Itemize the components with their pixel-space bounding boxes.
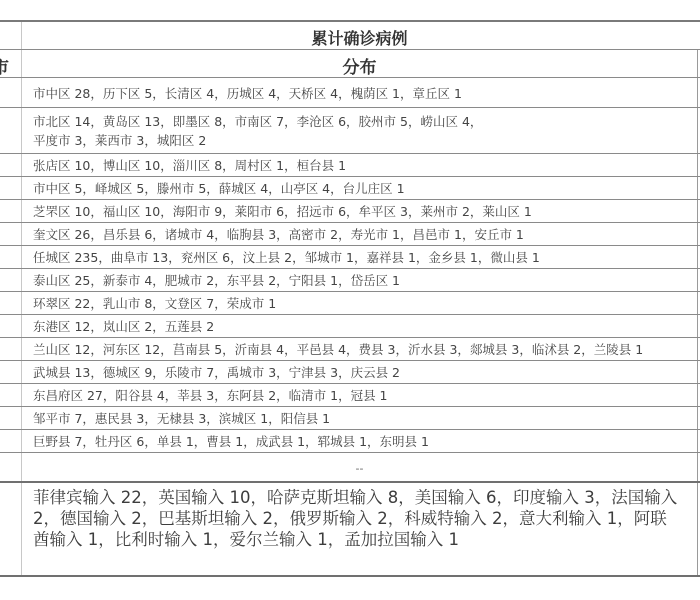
distribution-cell: 市北区 14，黄岛区 13，即墨区 8，市南区 7，李沧区 6，胶州市 5，崂山… — [22, 108, 697, 153]
table-row: 芝罘区 10，福山区 10，海阳市 9，莱阳市 6，招远市 6，牟平区 3，莱州… — [0, 200, 700, 223]
distribution-text: 市中区 28，历下区 5，长清区 4，历城区 4，天桥区 4，槐荫区 1，章丘区… — [33, 86, 693, 101]
imported-cases-row: 菲律宾输入 22，英国输入 10，哈萨克斯坦输入 8，美国输入 6，印度输入 3… — [0, 483, 700, 577]
table-title: 累计确诊病例 — [22, 26, 697, 49]
left-column-cell — [0, 108, 22, 153]
table-row: 任城区 235，曲阜市 13，兖州区 6，汶上县 2，邹城市 1，嘉祥县 1，金… — [0, 246, 700, 269]
title-cell: 累计确诊病例 — [22, 22, 697, 49]
table-row: 巨野县 7，牡丹区 6，单县 1，曹县 1，成武县 1，郓城县 1，东明县 1 — [0, 430, 700, 453]
left-column-cell — [0, 78, 22, 107]
left-column-cell — [0, 407, 22, 429]
distribution-text: 泰山区 25，新泰市 4，肥城市 2，东平县 2，宁阳县 1，岱岳区 1 — [33, 273, 693, 288]
distribution-text-line1: 市北区 14，黄岛区 13，即墨区 8，市南区 7，李沧区 6，胶州市 5，崂山… — [33, 114, 693, 129]
left-column-cell — [0, 338, 22, 360]
left-column-cell — [0, 269, 22, 291]
table-row: 市中区 5，峄城区 5，滕州市 5，薛城区 4，山亭区 4，台儿庄区 1 — [0, 177, 700, 200]
left-column-cell — [0, 223, 22, 245]
table-header-row: 市 分布 — [0, 50, 700, 78]
table-row: 市中区 28，历下区 5，长清区 4，历城区 4，天桥区 4，槐荫区 1，章丘区… — [0, 78, 700, 108]
left-header-text: 市 — [0, 53, 9, 77]
table-row: 环翠区 22，乳山市 8，文登区 7，荣成市 1 — [0, 292, 700, 315]
distribution-cell: 张店区 10，博山区 10，淄川区 8，周村区 1，桓台县 1 — [22, 154, 697, 176]
left-column-cell — [0, 177, 22, 199]
table-row: 兰山区 12，河东区 12，莒南县 5，沂南县 4，平邑县 4，费县 3，沂水县… — [0, 338, 700, 361]
distribution-cell: 环翠区 22，乳山市 8，文登区 7，荣成市 1 — [22, 292, 697, 314]
distribution-cell: 东港区 12，岚山区 2，五莲县 2 — [22, 315, 697, 337]
left-column-cell — [0, 22, 22, 49]
left-column-cell — [0, 200, 22, 222]
distribution-text: 市中区 5，峄城区 5，滕州市 5，薛城区 4，山亭区 4，台儿庄区 1 — [33, 181, 693, 196]
left-column-cell — [0, 361, 22, 383]
distribution-text: 任城区 235，曲阜市 13，兖州区 6，汶上县 2，邹城市 1，嘉祥县 1，金… — [33, 250, 693, 265]
distribution-cell: 泰山区 25，新泰市 4，肥城市 2，东平县 2，宁阳县 1，岱岳区 1 — [22, 269, 697, 291]
distribution-cell: 市中区 5，峄城区 5，滕州市 5，薛城区 4，山亭区 4，台儿庄区 1 — [22, 177, 697, 199]
left-column-cell — [0, 483, 22, 575]
distribution-cell: -- — [22, 453, 697, 481]
distribution-text: 芝罘区 10，福山区 10，海阳市 9，莱阳市 6，招远市 6，牟平区 3，莱州… — [33, 204, 693, 219]
distribution-text: 武城县 13，德城区 9，乐陵市 7，禹城市 3，宁津县 3，庆云县 2 — [33, 365, 693, 380]
table-row-empty: -- — [0, 453, 700, 483]
distribution-text: 邹平市 7，惠民县 3，无棣县 3，滨城区 1，阳信县 1 — [33, 411, 693, 426]
left-column-cell — [0, 154, 22, 176]
empty-dash: -- — [22, 462, 697, 475]
left-column-cell — [0, 430, 22, 452]
distribution-cell: 芝罘区 10，福山区 10，海阳市 9，莱阳市 6，招远市 6，牟平区 3，莱州… — [22, 200, 697, 222]
table-row: 泰山区 25，新泰市 4，肥城市 2，东平县 2，宁阳县 1，岱岳区 1 — [0, 269, 700, 292]
distribution-cell: 奎文区 26，昌乐县 6，诸城市 4，临朐县 3，高密市 2，寿光市 1，昌邑市… — [22, 223, 697, 245]
table-title-row: 累计确诊病例 — [0, 22, 700, 50]
distribution-cell: 邹平市 7，惠民县 3，无棣县 3，滨城区 1，阳信县 1 — [22, 407, 697, 429]
distribution-cell: 东昌府区 27，阳谷县 4，莘县 3，东阿县 2，临清市 1，冠县 1 — [22, 384, 697, 406]
table-row: 市北区 14，黄岛区 13，即墨区 8，市南区 7，李沧区 6，胶州市 5，崂山… — [0, 108, 700, 154]
table-row: 邹平市 7，惠民县 3，无棣县 3，滨城区 1，阳信县 1 — [0, 407, 700, 430]
left-column-cell — [0, 246, 22, 268]
distribution-text: 东港区 12，岚山区 2，五莲县 2 — [33, 319, 693, 334]
left-header-cell: 市 — [0, 50, 22, 77]
distribution-text: 兰山区 12，河东区 12，莒南县 5，沂南县 4，平邑县 4，费县 3，沂水县… — [33, 342, 693, 357]
distribution-cell: 兰山区 12，河东区 12，莒南县 5，沂南县 4，平邑县 4，费县 3，沂水县… — [22, 338, 697, 360]
distribution-header-cell: 分布 — [22, 50, 697, 77]
distribution-text: 巨野县 7，牡丹区 6，单县 1，曹县 1，成武县 1，郓城县 1，东明县 1 — [33, 434, 693, 449]
left-column-cell — [0, 384, 22, 406]
left-column-cell — [0, 453, 22, 481]
distribution-text: 奎文区 26，昌乐县 6，诸城市 4，临朐县 3，高密市 2，寿光市 1，昌邑市… — [33, 227, 693, 242]
distribution-text: 环翠区 22，乳山市 8，文登区 7，荣成市 1 — [33, 296, 693, 311]
distribution-text: 张店区 10，博山区 10，淄川区 8，周村区 1，桓台县 1 — [33, 158, 693, 173]
table-row: 东港区 12，岚山区 2，五莲县 2 — [0, 315, 700, 338]
table-row: 张店区 10，博山区 10，淄川区 8，周村区 1，桓台县 1 — [0, 154, 700, 177]
table-row: 东昌府区 27，阳谷县 4，莘县 3，东阿县 2，临清市 1，冠县 1 — [0, 384, 700, 407]
table-row: 奎文区 26，昌乐县 6，诸城市 4，临朐县 3，高密市 2，寿光市 1，昌邑市… — [0, 223, 700, 246]
distribution-cell: 武城县 13，德城区 9，乐陵市 7，禹城市 3，宁津县 3，庆云县 2 — [22, 361, 697, 383]
distribution-cell: 巨野县 7，牡丹区 6，单县 1，曹县 1，成武县 1，郓城县 1，东明县 1 — [22, 430, 697, 452]
distribution-cell: 市中区 28，历下区 5，长清区 4，历城区 4，天桥区 4，槐荫区 1，章丘区… — [22, 78, 697, 107]
left-column-cell — [0, 292, 22, 314]
distribution-text: 东昌府区 27，阳谷县 4，莘县 3，东阿县 2，临清市 1，冠县 1 — [33, 388, 693, 403]
distribution-text-line2: 平度市 3，莱西市 3，城阳区 2 — [33, 133, 693, 148]
table-row: 武城县 13，德城区 9，乐陵市 7，禹城市 3，宁津县 3，庆云县 2 — [0, 361, 700, 384]
imported-cases-cell: 菲律宾输入 22，英国输入 10，哈萨克斯坦输入 8，美国输入 6，印度输入 3… — [22, 483, 697, 575]
distribution-cell: 任城区 235，曲阜市 13，兖州区 6，汶上县 2，邹城市 1，嘉祥县 1，金… — [22, 246, 697, 268]
distribution-header: 分布 — [22, 53, 697, 78]
left-column-cell — [0, 315, 22, 337]
imported-cases-text: 菲律宾输入 22，英国输入 10，哈萨克斯坦输入 8，美国输入 6，印度输入 3… — [33, 487, 683, 550]
